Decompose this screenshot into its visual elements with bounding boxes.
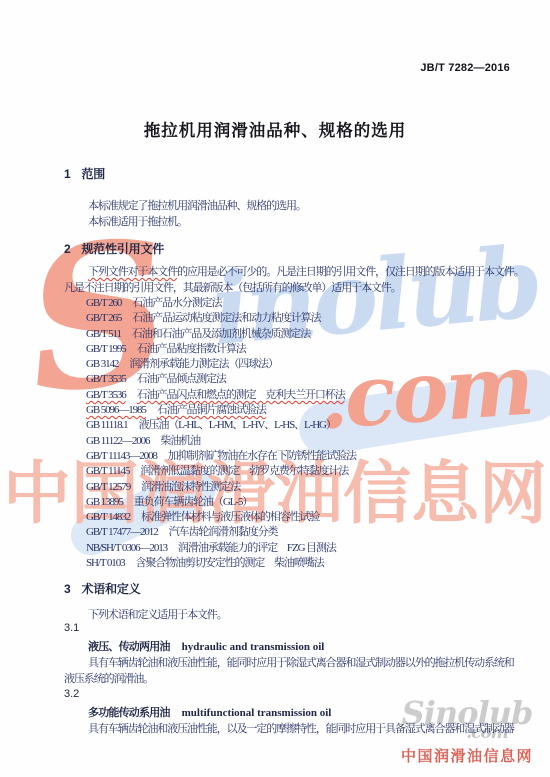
- reference-item: GB/T 11143—2008加抑制剂矿物油在水存在下防锈性能试验法: [86, 449, 356, 464]
- page-title: 拖拉机用润滑油品种、规格的选用: [0, 117, 550, 141]
- section-2-label: 规范性引用文件: [81, 242, 164, 256]
- reference-title: 加抑制剂矿物油在水存在下防锈性能试验法: [168, 450, 356, 462]
- reference-title: 润滑剂低温黏度的测定 勃罗克费尔特黏度计法: [140, 465, 348, 477]
- section-1-label: 范围: [81, 167, 105, 181]
- clause-3-2-number: 3.2: [64, 688, 79, 700]
- reference-item: GB/T 14832标准弹性体材料与液压液体的相容性试验: [86, 510, 356, 525]
- reference-title: 石油和石油产品及添加剂机械杂质测定法: [132, 328, 310, 340]
- reference-title: 石油产品铜片腐蚀试验法: [157, 404, 266, 416]
- reference-title: 含聚合物油剪切安定性的测定 柴油喷嘴法: [136, 557, 324, 569]
- reference-code: GB/T 14832: [86, 511, 130, 523]
- reference-title: 润滑剂承载能力测定法（四球法）: [129, 358, 278, 370]
- reference-title: 石油产品水分测定法: [132, 297, 221, 309]
- reference-item: GB/T 3535石油产品倾点测定法: [86, 372, 356, 387]
- reference-item: GB/T 17477—2012汽车齿轮润滑剂黏度分类: [86, 525, 356, 540]
- reference-title: 标准弹性体材料与液压液体的相容性试验: [141, 511, 319, 523]
- term-3-2-chinese: 多功能传动系用油: [88, 707, 170, 719]
- reference-title: 汽车齿轮润滑剂黏度分类: [169, 526, 278, 538]
- reference-title: 润滑油承载能力的评定 FZG 目测法: [178, 542, 336, 554]
- term-3-1-definition-line2: 液压系统的润滑油。: [64, 670, 153, 686]
- reference-item: GB/T 3536石油产品闪点和燃点的测定 克利夫兰开口杯法: [86, 388, 356, 403]
- reference-title: 重负荷车辆齿轮油（GL-5）: [134, 496, 252, 508]
- standard-code: JB/T 7282—2016: [420, 62, 510, 74]
- reference-title: 柴油机油: [160, 435, 200, 447]
- reference-code: GB 3142: [86, 358, 118, 370]
- reference-list: GB/T 260石油产品水分测定法GB/T 265石油产品运动粘度测定法和动力粘…: [86, 296, 356, 571]
- reference-code: GB/T 3535: [86, 373, 126, 385]
- reference-code: GB/T 1995: [86, 343, 126, 355]
- reference-code: GB/T 3536: [86, 389, 126, 401]
- section-3-heading: 3术语和定义: [64, 580, 141, 597]
- terms-intro: 下列术语和定义适用于本文件。: [88, 606, 227, 622]
- document-page: S inolub .com 中国润滑油信息网 JB/T 7282—2016 拖拉…: [0, 0, 550, 777]
- reference-code: GB 5096—1985: [86, 404, 146, 416]
- references-intro-line1: 下列文件对于本文件的应用是必不可少的。凡是注日期的引用文件，仅注日期的版本适用于…: [88, 263, 524, 279]
- reference-item: GB 13895重负荷车辆齿轮油（GL-5）: [86, 495, 356, 510]
- section-2-number: 2: [64, 242, 70, 256]
- section-3-label: 术语和定义: [81, 582, 140, 596]
- reference-code: GB/T 265: [86, 312, 121, 324]
- section-3-number: 3: [64, 582, 70, 596]
- references-intro-line2: 凡是不注日期的引用文件，其最新版本（包括所有的修改单）适用于本文件。: [64, 279, 401, 295]
- section-2-heading: 2规范性引用文件: [64, 240, 164, 257]
- term-3-2-english: multifunctional transmission oil: [182, 707, 332, 719]
- reference-item: GB/T 11145润滑剂低温黏度的测定 勃罗克费尔特黏度计法: [86, 464, 356, 479]
- document-text-layer: JB/T 7282—2016 拖拉机用润滑油品种、规格的选用 1范围 本标准规定…: [0, 0, 550, 777]
- scope-paragraph-line1: 本标准规定了拖拉机用润滑油品种、规格的选用。: [88, 197, 306, 213]
- term-3-1: 液压、传动两用油hydraulic and transmission oil: [88, 638, 324, 654]
- reference-code: GB/T 11143—2008: [86, 450, 157, 462]
- reference-item: GB 3142润滑剂承载能力测定法（四球法）: [86, 357, 356, 372]
- reference-code: GB 11122—2006: [86, 435, 149, 447]
- reference-item: SH/T 0103含聚合物油剪切安定性的测定 柴油喷嘴法: [86, 556, 356, 571]
- reference-code: GB 13895: [86, 496, 123, 508]
- reference-title: 液压油（L-HL、L-HM、L-HV、L-HS、L-HG）: [139, 419, 336, 431]
- reference-code: GB/T 12579: [86, 481, 130, 493]
- reference-title: 石油产品闪点和燃点的测定 克利夫兰开口杯法: [137, 389, 345, 401]
- reference-title: 石油产品粘度指数计算法: [137, 343, 246, 355]
- term-3-1-english: hydraulic and transmission oil: [182, 641, 325, 653]
- reference-title: 润滑油泡沫特性测定法: [141, 481, 240, 493]
- reference-code: GB/T 260: [86, 297, 121, 309]
- references-intro-wavy-text: 下列文件对于本文件: [88, 266, 177, 278]
- section-1-number: 1: [64, 167, 70, 181]
- reference-code: SH/T 0103: [86, 557, 125, 569]
- reference-title: 石油产品运动粘度测定法和动力粘度计算法: [132, 312, 320, 324]
- term-3-1-definition-line1: 具有车辆齿轮油和液压油性能，能同时应用于除湿式离合器和湿式制动器以外的拖拉机传动…: [88, 654, 514, 670]
- reference-code: GB/T 17477—2012: [86, 526, 158, 538]
- scope-paragraph-line2: 本标准适用于拖拉机。: [88, 213, 187, 229]
- reference-code: NB/SH/T 0306—2013: [86, 542, 167, 554]
- reference-item: GB/T 12579润滑油泡沫特性测定法: [86, 480, 356, 495]
- reference-item: GB/T 260石油产品水分测定法: [86, 296, 356, 311]
- reference-item: GB/T 1995石油产品粘度指数计算法: [86, 342, 356, 357]
- section-1-heading: 1范围: [64, 165, 105, 182]
- term-3-2-definition-line1: 具有车辆齿轮油和液压油性能，以及一定的摩擦特性，能同时应用于具备湿式离合器和湿式…: [88, 720, 514, 736]
- reference-item: GB 11118.1液压油（L-HL、L-HM、L-HV、L-HS、L-HG）: [86, 418, 356, 433]
- term-3-1-chinese: 液压、传动两用油: [88, 641, 170, 653]
- reference-item: GB/T 265石油产品运动粘度测定法和动力粘度计算法: [86, 311, 356, 326]
- clause-3-1-number: 3.1: [64, 622, 79, 634]
- reference-code: GB/T 511: [86, 328, 121, 340]
- reference-code: GB 11118.1: [86, 419, 128, 431]
- reference-item: GB 11122—2006柴油机油: [86, 434, 356, 449]
- reference-item: NB/SH/T 0306—2013润滑油承载能力的评定 FZG 目测法: [86, 541, 356, 556]
- references-intro-rest: 的应用是必不可少的。凡是注日期的引用文件，仅注日期的版本适用于本文件。: [177, 266, 524, 278]
- reference-code: GB/T 11145: [86, 465, 129, 477]
- reference-item: GB/T 511石油和石油产品及添加剂机械杂质测定法: [86, 327, 356, 342]
- reference-title: 石油产品倾点测定法: [137, 373, 226, 385]
- reference-item: GB 5096—1985石油产品铜片腐蚀试验法: [86, 403, 356, 418]
- term-3-2: 多功能传动系用油multifunctional transmission oil: [88, 704, 331, 720]
